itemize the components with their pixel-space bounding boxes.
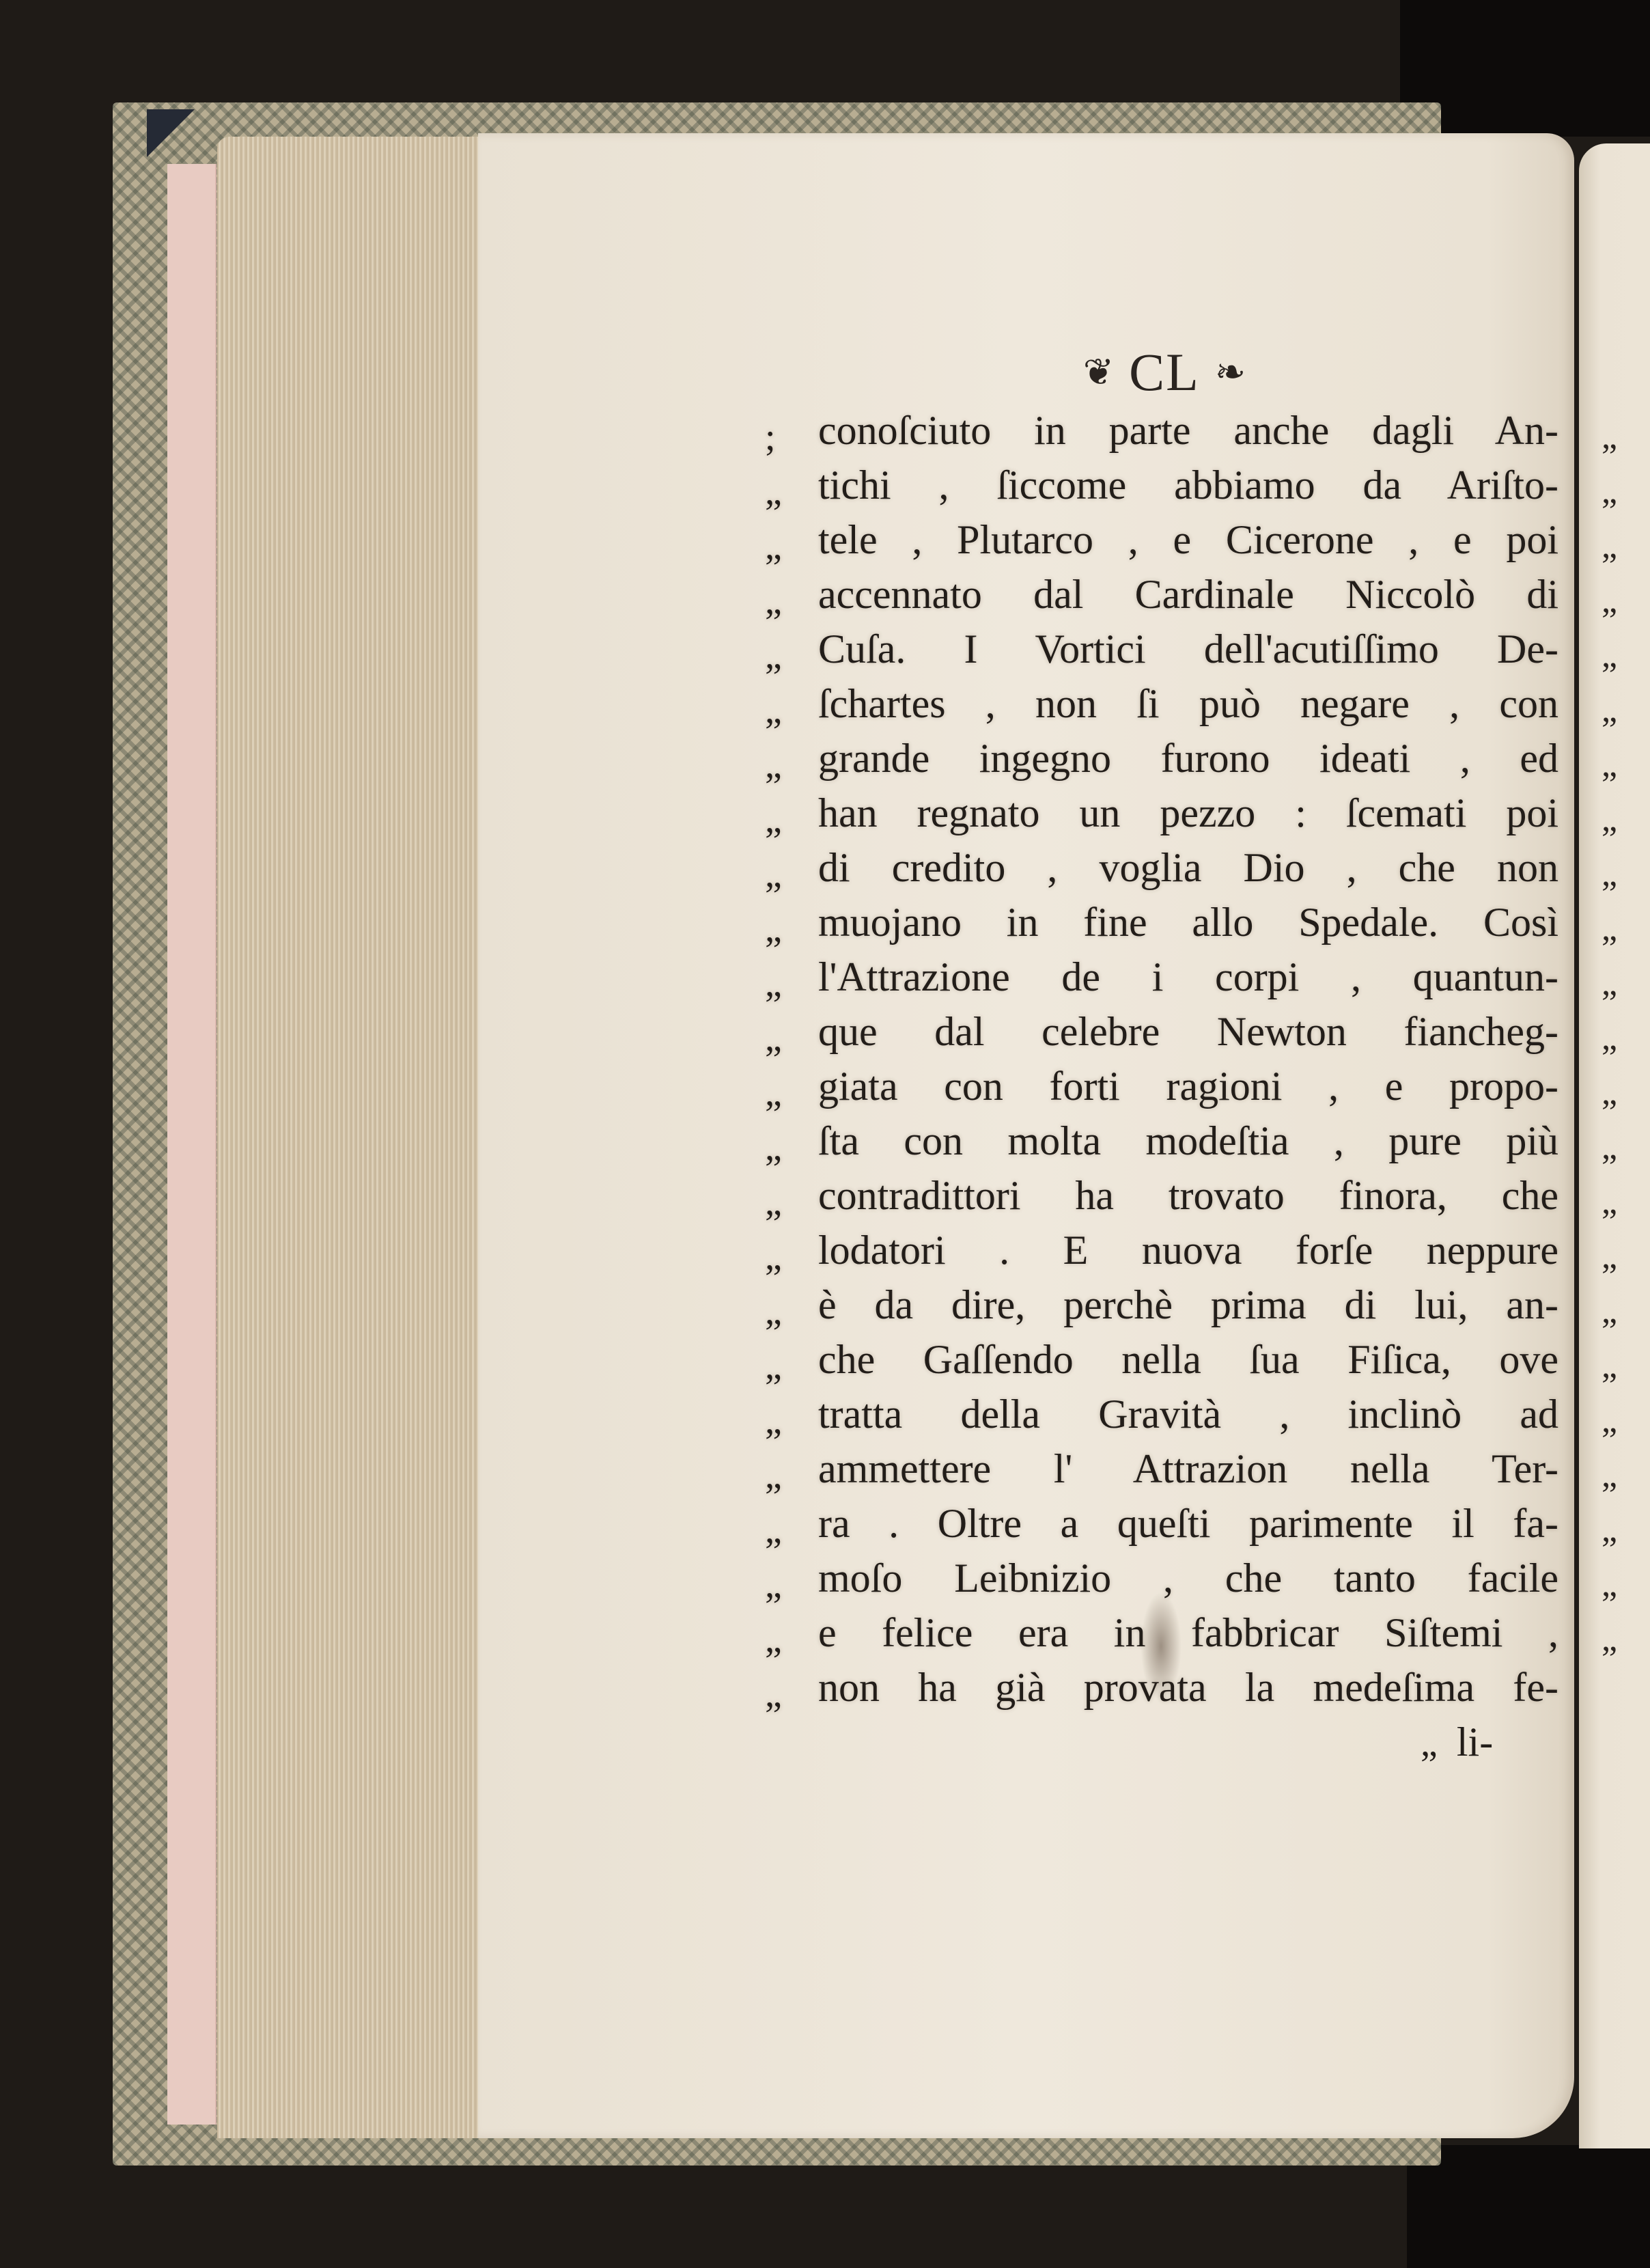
text-line: „accennato dal Cardinale Niccolò di (765, 567, 1564, 622)
quote-mark: „ (1602, 847, 1642, 902)
line-text: conoſciuto in parte anche dagli An- (818, 403, 1558, 458)
line-text: è da dire, perchè prima di lui, an- (818, 1277, 1558, 1332)
line-text: tichi , ſiccome abbiamo da Ariſto- (818, 458, 1558, 512)
catchword: „li- (1421, 1715, 1493, 1769)
line-text: ſta con molta modeſtia , pure più (818, 1114, 1558, 1168)
quote-mark: „ (765, 902, 799, 956)
text-line: „grande ingegno furono ideati , ed (765, 731, 1564, 786)
pink-endpaper (167, 164, 216, 2125)
line-text: que dal celebre Newton fiancheg- (818, 1004, 1558, 1059)
quote-mark: „ (765, 1284, 799, 1339)
line-text: che Gaſſendo nella ſua Fiſica, ove (818, 1332, 1558, 1387)
text-line: ;conoſciuto in parte anche dagli An- (765, 403, 1564, 458)
text-line: „Cuſa. I Vortici dell'acutiſſimo De- (765, 622, 1564, 676)
quote-mark: „ (765, 1394, 799, 1448)
catchword-text: li- (1457, 1719, 1493, 1765)
text-block: ;conoſciuto in parte anche dagli An- „ti… (765, 403, 1564, 1715)
quote-mark: „ (1602, 1284, 1642, 1339)
quote-mark: „ (765, 847, 799, 902)
line-text: moſo Leibnizio , che tanto facile (818, 1551, 1558, 1605)
quote-mark: „ (1602, 519, 1642, 574)
quote-mark: „ (765, 792, 799, 847)
quote-mark: „ (765, 1066, 799, 1120)
quote-mark: „ (1602, 1066, 1642, 1120)
quote-mark: „ (765, 1503, 799, 1558)
quote-mark: „ (765, 1120, 799, 1175)
quote-mark: „ (765, 465, 799, 519)
line-text: e felice era in fabbricar Siſtemi , (818, 1605, 1558, 1660)
quote-mark: „ (1602, 956, 1642, 1011)
quote-mark: „ (1602, 1120, 1642, 1175)
quote-mark: „ (1602, 1230, 1642, 1284)
line-text: Cuſa. I Vortici dell'acutiſſimo De- (818, 622, 1558, 676)
quote-mark: „ (1602, 792, 1642, 847)
text-line: „tele , Plutarco , e Cicerone , e poi (765, 512, 1564, 567)
line-text: han regnato un pezzo : ſcemati poi (818, 786, 1558, 840)
line-text: ſchartes , non ſi può negare , con (818, 676, 1558, 731)
fleuron-right-icon: ❧ (1215, 354, 1246, 391)
quote-mark: „ (1602, 1339, 1642, 1394)
line-text: lodatori . E nuova forſe neppure (818, 1223, 1558, 1277)
quote-mark: „ (1602, 465, 1642, 519)
quote-mark: „ (765, 1011, 799, 1066)
text-line: „ra . Oltre a queſti parimente il fa- (765, 1496, 1564, 1551)
line-text: grande ingegno furono ideati , ed (818, 731, 1558, 786)
text-line: „muojano in fine allo Spedale. Così (765, 895, 1564, 950)
ink-smudge (1141, 1592, 1181, 1701)
quote-mark: „ (765, 683, 799, 738)
line-text: ammettere l' Attrazion nella Ter- (818, 1441, 1558, 1496)
line-text: contradittori ha trovato finora, che (818, 1168, 1558, 1223)
quote-mark: „ (1602, 1448, 1642, 1503)
text-line: „giata con forti ragioni , e propo- (765, 1059, 1564, 1114)
cover-corner-leather (147, 109, 195, 157)
quote-mark: „ (1602, 1612, 1642, 1667)
quote-mark: „ (1421, 1722, 1438, 1765)
facing-page-quote-column: „ „ „ „ „ „ „ „ „ „ „ „ „ „ „ „ „ „ „ „ … (1602, 410, 1642, 1667)
quote-mark: „ (1602, 1558, 1642, 1612)
page-folio: CL (1129, 342, 1200, 403)
quote-mark: „ (765, 956, 799, 1011)
line-text: non ha già provata la medeſima fe- (818, 1660, 1558, 1715)
quote-mark: „ (765, 628, 799, 683)
quote-mark: „ (765, 1667, 799, 1721)
quote-mark: ; (765, 410, 799, 465)
fleuron-left-icon: ❦ (1083, 354, 1114, 391)
line-text: di credito , voglia Dio , che non (818, 840, 1558, 895)
text-line: „che Gaſſendo nella ſua Fiſica, ove (765, 1332, 1564, 1387)
line-text: tele , Plutarco , e Cicerone , e poi (818, 512, 1558, 567)
text-line: „que dal celebre Newton fiancheg- (765, 1004, 1564, 1059)
text-line: „contradittori ha trovato finora, che (765, 1168, 1564, 1223)
quote-mark: „ (1602, 628, 1642, 683)
text-line: „ammettere l' Attrazion nella Ter- (765, 1441, 1564, 1496)
quote-mark: „ (1602, 738, 1642, 792)
line-text: l'Attrazione de i corpi , quantun- (818, 950, 1558, 1004)
quote-mark: „ (765, 1558, 799, 1612)
quote-mark: „ (765, 1448, 799, 1503)
quote-mark: „ (1602, 683, 1642, 738)
text-line: „han regnato un pezzo : ſcemati poi (765, 786, 1564, 840)
text-line: „di credito , voglia Dio , che non (765, 840, 1564, 895)
running-header: ❦ CL ❧ (1052, 342, 1277, 403)
quote-mark: „ (765, 1339, 799, 1394)
quote-mark: „ (765, 1175, 799, 1230)
text-line: „lodatori . E nuova forſe neppure (765, 1223, 1564, 1277)
quote-mark: „ (765, 1612, 799, 1667)
quote-mark: „ (765, 574, 799, 628)
quote-mark: „ (765, 738, 799, 792)
line-text: giata con forti ragioni , e propo- (818, 1059, 1558, 1114)
quote-mark: „ (1602, 1175, 1642, 1230)
text-line: „l'Attrazione de i corpi , quantun- (765, 950, 1564, 1004)
quote-mark: „ (1602, 902, 1642, 956)
text-line: „tratta della Gravità , inclinò ad (765, 1387, 1564, 1441)
line-text: ra . Oltre a queſti parimente il fa- (818, 1496, 1558, 1551)
quote-mark: „ (1602, 574, 1642, 628)
text-line: „ſta con molta modeſtia , pure più (765, 1114, 1564, 1168)
text-line: „tichi , ſiccome abbiamo da Ariſto- (765, 458, 1564, 512)
page-edges-block (217, 137, 484, 2138)
quote-mark: „ (1602, 1011, 1642, 1066)
text-line: „è da dire, perchè prima di lui, an- (765, 1277, 1564, 1332)
line-text: tratta della Gravità , inclinò ad (818, 1387, 1558, 1441)
quote-mark: „ (765, 1230, 799, 1284)
quote-mark: „ (1602, 410, 1642, 465)
line-text: accennato dal Cardinale Niccolò di (818, 567, 1558, 622)
quote-mark: „ (1602, 1503, 1642, 1558)
background-dark-bottom-right (1407, 2145, 1650, 2268)
quote-mark: „ (765, 519, 799, 574)
quote-mark: „ (1602, 1394, 1642, 1448)
text-line: „ſchartes , non ſi può negare , con (765, 676, 1564, 731)
line-text: muojano in fine allo Spedale. Così (818, 895, 1558, 950)
